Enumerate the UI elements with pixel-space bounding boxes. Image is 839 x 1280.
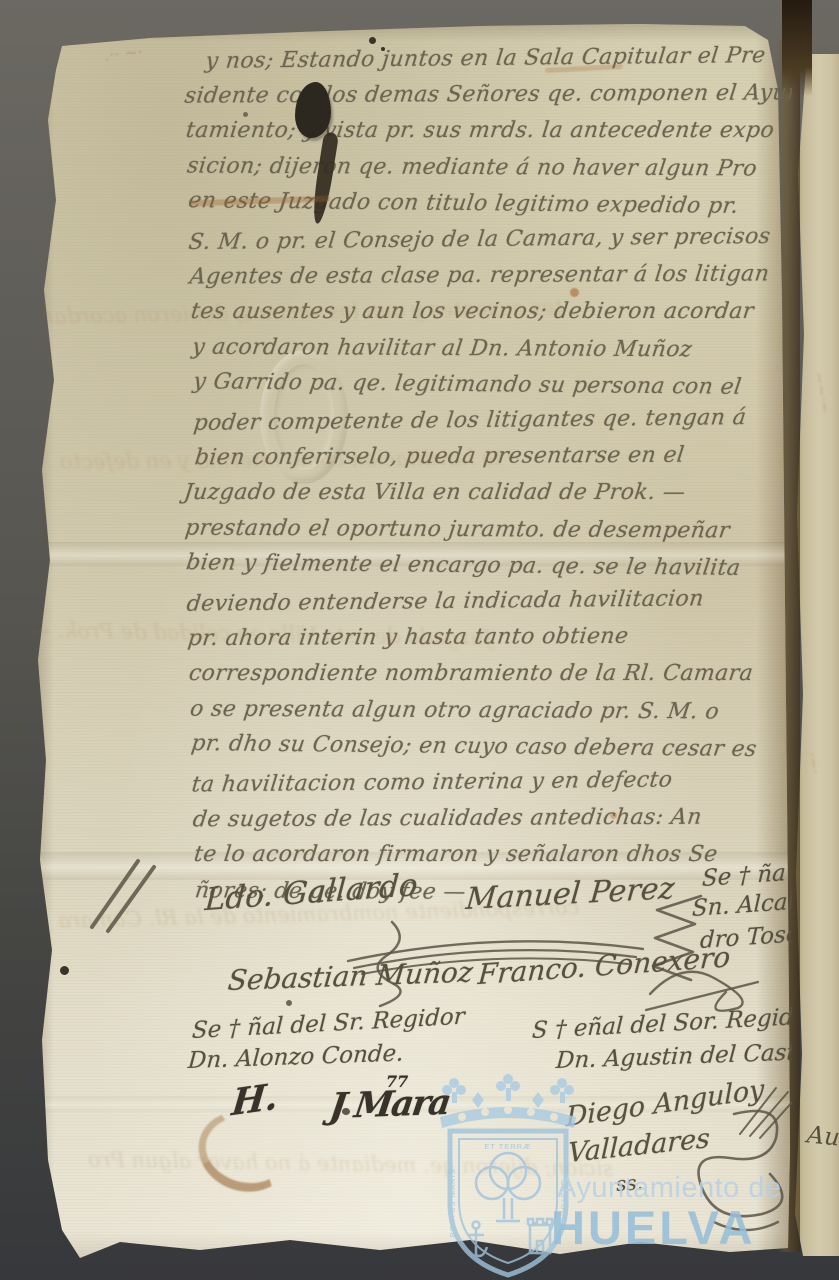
ink-speck: [286, 1000, 292, 1006]
rust-stain: [570, 288, 579, 297]
manuscript-line: deviendo entenderse la indicada havilita…: [185, 586, 705, 616]
manuscript-line: o se presenta algun otro agraciado pr. S…: [189, 696, 721, 724]
rust-stain: [610, 812, 617, 819]
ghost-bleed-text: ~~·~: [810, 371, 835, 416]
manuscript-line: y nos; Estando juntos en la Sala Capitul…: [204, 43, 767, 74]
manuscript-line: sidente con los demas Señores qe. compon…: [183, 81, 792, 109]
manuscript-line: Juzgado de esta Villa en calidad de Prok…: [182, 480, 686, 505]
rubric-hatch-marks: [736, 1084, 792, 1140]
note-regidor-conde-line2: Dn. Alonzo Conde.: [187, 1040, 404, 1074]
note-regidor-conde-line1: Se † ñal del Sr. Regidor: [191, 1004, 465, 1044]
signature-sebastian-munoz: Sebastian Muñoz: [226, 955, 474, 997]
faint-scribble: .·· ~·: [103, 42, 144, 65]
note-alcalde-line1: Se † ña: [702, 860, 787, 892]
next-page-text-fragment: Au: [806, 1120, 839, 1151]
ink-speck: [243, 112, 248, 117]
manuscript-line: te lo acordaron firmaron y señalaron dho…: [192, 842, 719, 867]
rubric-double-slash: [82, 855, 162, 935]
ghost-bleed-text: sicion; dijeron qe. mediante á no haver …: [88, 1147, 614, 1180]
ink-speck: [381, 47, 385, 51]
ink-speck: [60, 966, 69, 975]
rubric-h-mark: H.: [230, 1075, 281, 1125]
scanned-manuscript-photo: { "manuscript": { "lines": [ "y nos; Est…: [0, 0, 839, 1280]
ghost-bleed-text: Juzgado de esta Villa en calidad de Prok…: [30, 618, 492, 650]
manuscript-line: pr. dho su Consejo; en cuyo caso debera …: [190, 731, 759, 762]
manuscript-line: Agentes de esta clase pa. representar á …: [188, 262, 770, 290]
manuscript-line: y acordaron havilitar al Dn. Antonio Muñ…: [191, 334, 694, 362]
ink-layer: y nos; Estando juntos en la Sala Capitul…: [0, 0, 792, 1256]
ink-speck: [369, 37, 376, 44]
signature-mora-mark: J Mara: [327, 1082, 452, 1127]
ghost-bleed-text: ta havilitacion como interina y en defec…: [60, 446, 502, 474]
manuscript-line: poder competente de los litigantes qe. t…: [192, 405, 747, 436]
note-regidor-castillo-line2: Dn. Agustin del Castillo: [555, 1038, 792, 1074]
manuscript-line: sicion; dijeron qe. mediante á no haver …: [186, 153, 759, 181]
manuscript-line: de sugetos de las cualidades antedichas:…: [191, 805, 703, 833]
signature-diego-paraph: ss.: [615, 1170, 643, 1196]
manuscript-line: correspondiente nombramiento de la Rl. C…: [187, 661, 754, 686]
manuscript-line: ta havilitacion como interina y en defec…: [190, 767, 674, 797]
manuscript-line: S. M. o pr. el Consejo de la Camara, y s…: [187, 224, 772, 255]
manuscript-line: bien y fielmente el encargo pa. qe. se l…: [185, 550, 742, 581]
manuscript-line: y Garrido pa. qe. legitimando su persona…: [192, 369, 743, 400]
manuscript-line: prestando el oportuno juramto. de desemp…: [184, 515, 732, 543]
manuscript-line: tamiento; y vista pr. sus mrds. la antec…: [184, 118, 775, 143]
ghost-bleed-text: ·~·: [803, 751, 825, 776]
